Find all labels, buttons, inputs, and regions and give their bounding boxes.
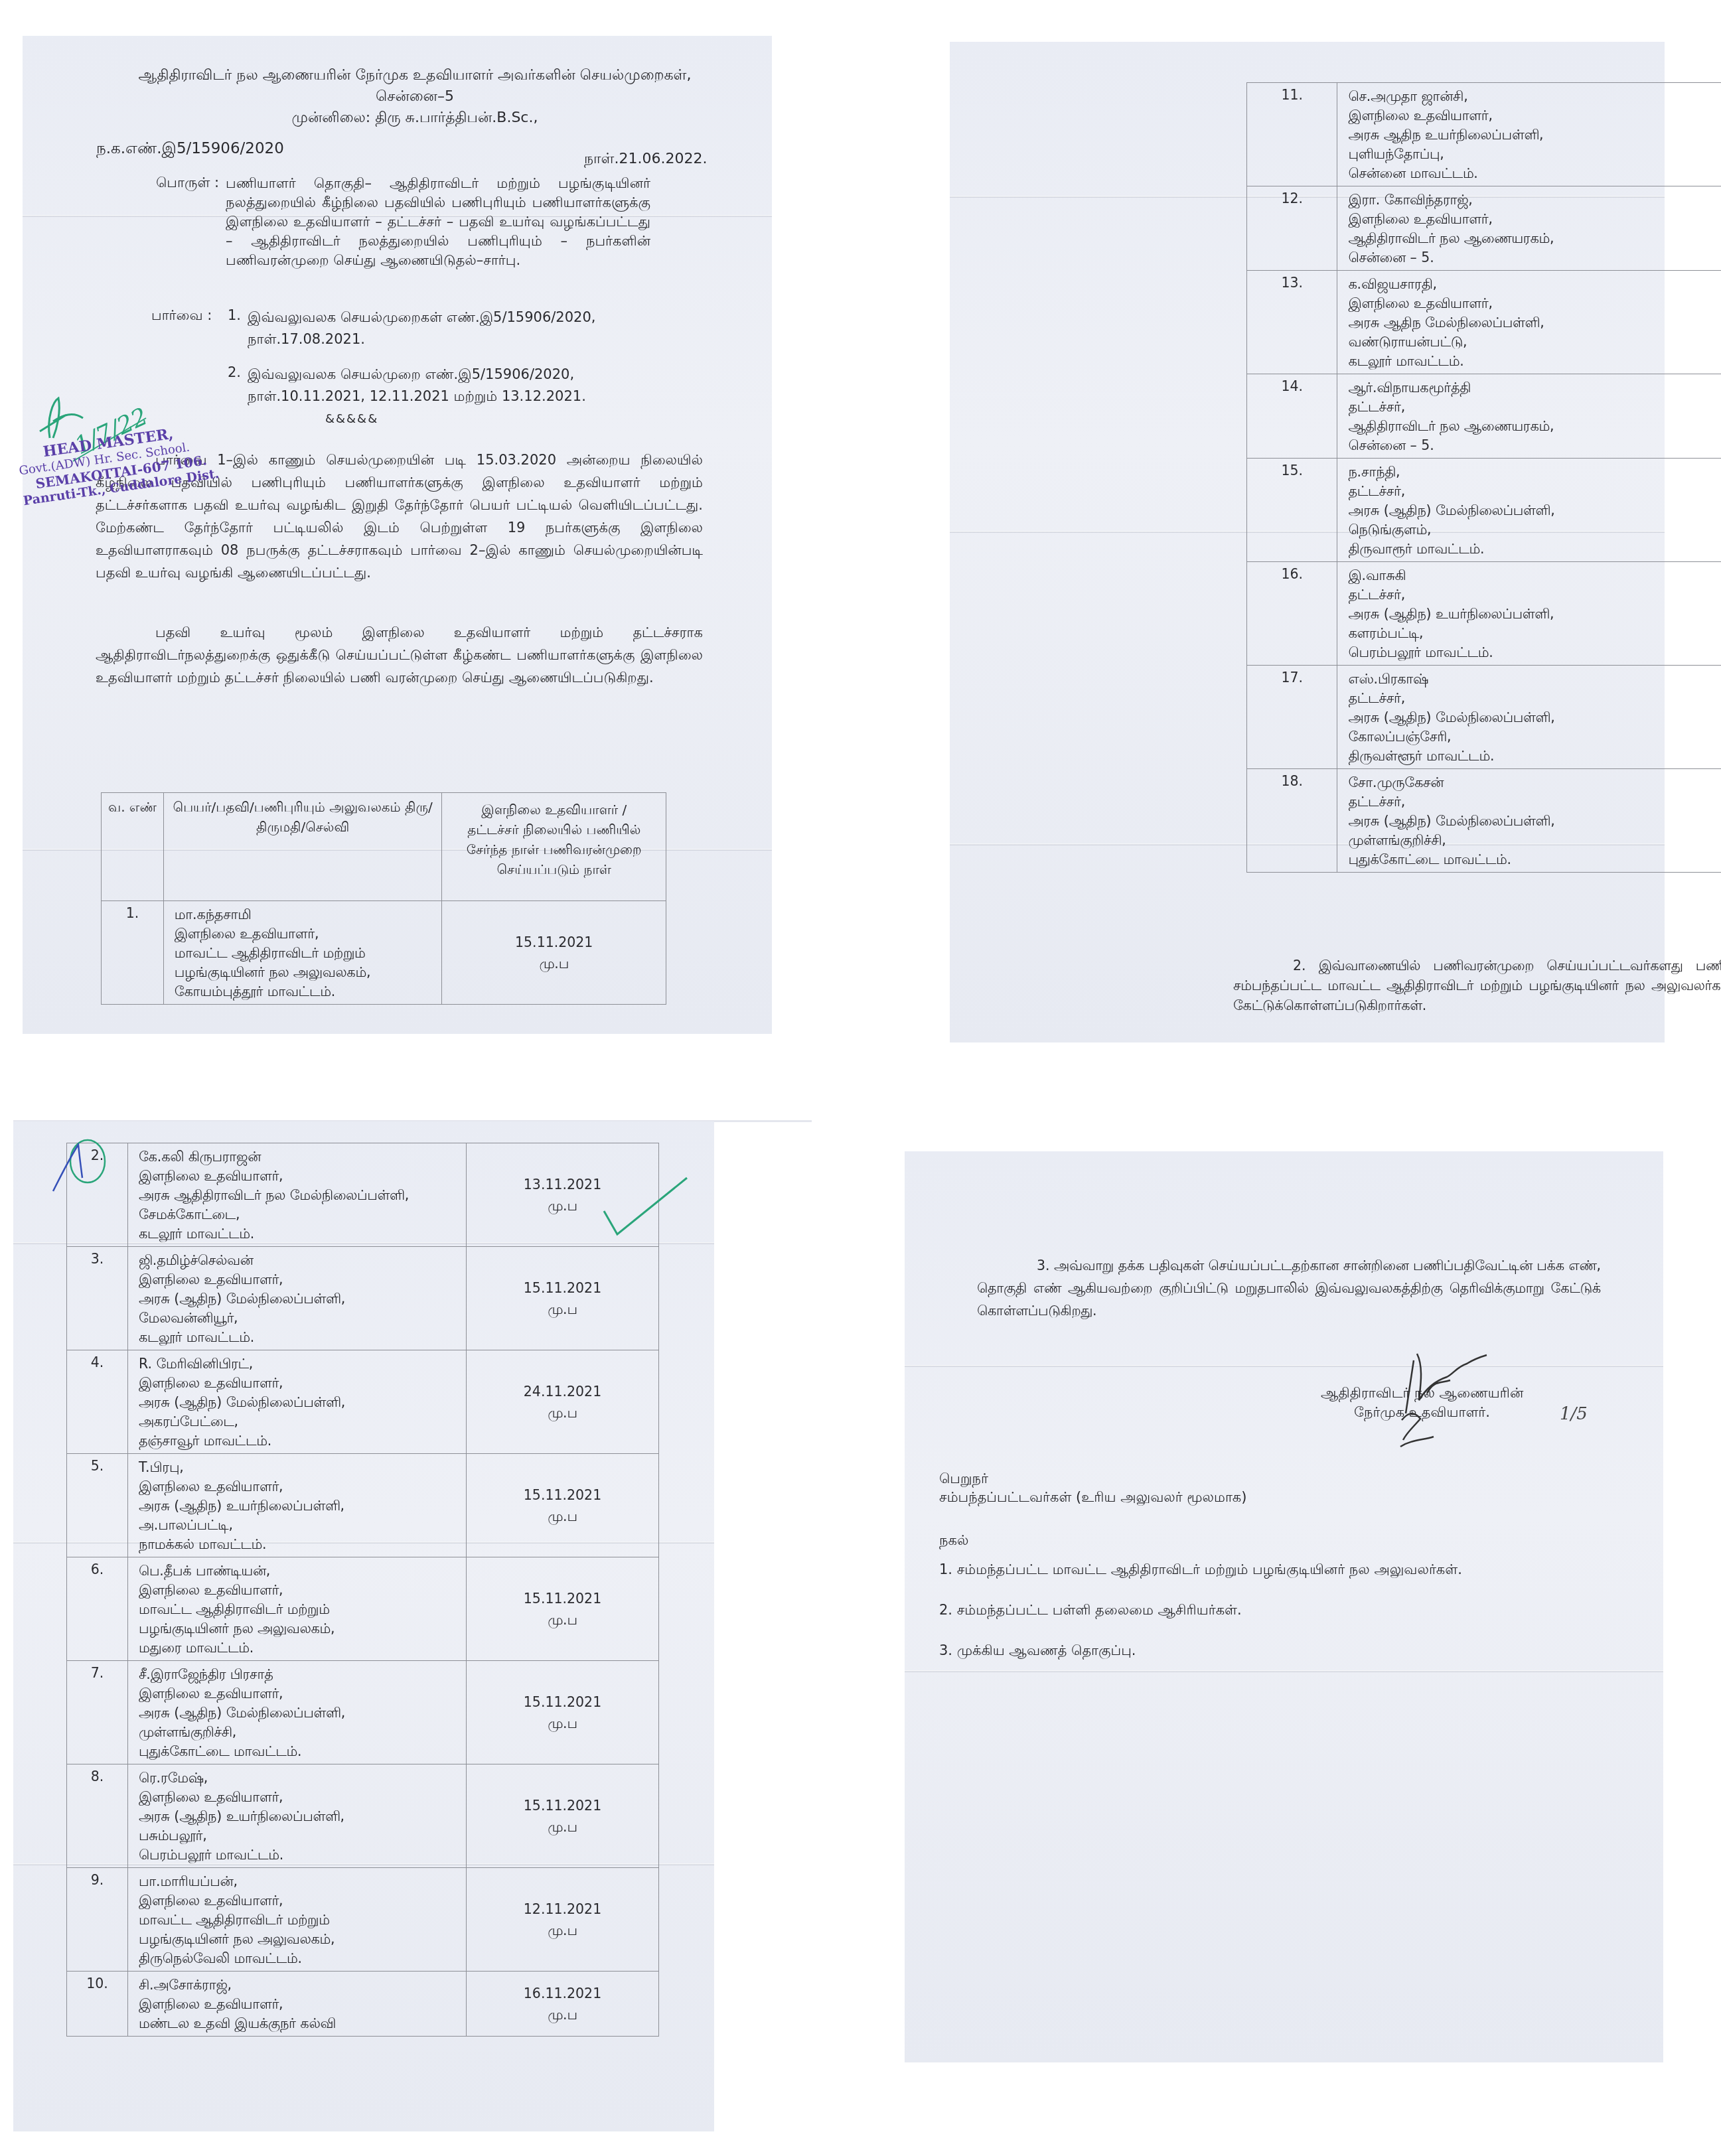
row-employee-details: T.பிரபு,இளநிலை உதவியாளர்,அரசு (ஆதிந) உயர… (128, 1454, 467, 1557)
table-row: 13.க.விஜயசாரதி,இளநிலை உதவியாளர்,அரசு ஆதி… (1247, 271, 1721, 374)
employee-detail-line: சென்னை – 5. (1348, 436, 1721, 455)
row-serial-number: 8. (67, 1764, 128, 1868)
office-city: சென்னை–5 (100, 88, 730, 107)
employee-detail-line: இளநிலை உதவியாளர், (139, 1684, 466, 1703)
employee-detail-line: இளநிலை உதவியாளர், (139, 1374, 466, 1393)
employee-detail-line: தஞ்சாவூர் மாவட்டம். (139, 1431, 466, 1451)
column-header-sno: வ. எண் (102, 793, 164, 901)
employee-detail-line: சென்னை மாவட்டம். (1348, 164, 1721, 183)
body-paragraph-2: பதவி உயர்வு மூலம் இளநிலை உதவியாளர் மற்று… (96, 621, 703, 689)
employee-detail-line: தட்டச்சர், (1348, 689, 1721, 708)
employee-detail-line: T.பிரபு, (139, 1458, 466, 1477)
employee-detail-line: மாவட்ட ஆதிதிராவிடர் மற்றும் (139, 1910, 466, 1930)
row-serial-number: 17. (1247, 666, 1337, 769)
employee-detail-line: ஆதிதிராவிடர் நல ஆணையரகம், (1348, 417, 1721, 436)
employee-detail-line: இளநிலை உதவியாளர், (139, 1270, 466, 1289)
reference-2-number: 2. (228, 364, 241, 382)
employee-detail-line: கோலப்பஞ்சேரி, (1348, 727, 1721, 747)
row-employee-details: மா.கந்தசாமிஇளநிலை உதவியாளர்,மாவட்ட ஆதிதி… (163, 901, 442, 1005)
employee-detail-line: கடலூர் மாவட்டம். (1348, 352, 1721, 371)
employee-detail-line: சி.அசோக்ராஜ், (139, 1976, 466, 1995)
paper-crease (905, 1365, 1663, 1367)
order-date: நாள்.21.06.2022. (584, 150, 707, 169)
row-serial-number: 12. (1247, 186, 1337, 271)
copy-item-1: 1. சம்மந்தப்பட்ட மாவட்ட ஆதிதிராவிடர் மற்… (939, 1561, 1462, 1579)
employee-detail-line: பழங்குடியினர் நல அலுவலகம், (139, 1619, 466, 1638)
row-employee-details: ந.சாந்தி,தட்டச்சர்,அரசு (ஆதிந) மேல்நிலைப… (1337, 459, 1721, 562)
table-row: 4.R. மேரிவினிபிரட்,இளநிலை உதவியாளர்,அரசு… (67, 1350, 659, 1454)
employee-detail-line: இளநிலை உதவியாளர், (1348, 294, 1721, 313)
employee-detail-line: கடலூர் மாவட்டம். (139, 1224, 466, 1244)
office-title: ஆதிதிராவிடர் நல ஆணையரின் நேர்முக உதவியாள… (100, 66, 730, 86)
table-row: 7.சீ.இராஜேந்திர பிரசாத்இளநிலை உதவியாளர்,… (67, 1661, 659, 1764)
employee-detail-line: மாவட்ட ஆதிதிராவிடர் மற்றும் (175, 944, 442, 963)
signatory-line-2: நேர்முக உதவியாளர். (1354, 1403, 1490, 1421)
session-forenoon: மு.ப (467, 1609, 658, 1630)
row-regularisation-date: 16.11.2021மு.ப (467, 1972, 659, 2037)
employee-detail-line: கோயம்புத்தூர் மாவட்டம். (175, 982, 442, 1001)
row-serial-number: 9. (67, 1868, 128, 1972)
copy-item-3: 3. முக்கிய ஆவணத் தொகுப்பு. (939, 1642, 1136, 1660)
employee-detail-line: தட்டச்சர், (1348, 397, 1721, 417)
signatory-line-1: ஆதிதிராவிடர் நல ஆணையரின் (1321, 1384, 1523, 1402)
employee-detail-line: அரசு ஆதிந மேல்நிலைப்பள்ளி, (1348, 313, 1721, 332)
instruction-paragraph-3: 3. அவ்வாறு தக்க பதிவுகள் செய்யப்பட்டதற்க… (977, 1254, 1601, 1322)
employee-detail-line: முள்ளங்குறிச்சி, (139, 1723, 466, 1742)
row-serial-number: 7. (67, 1661, 128, 1764)
employee-detail-line: சேமக்கோட்டை, (139, 1205, 466, 1224)
session-forenoon: மு.ப (467, 2004, 658, 2025)
reference-2-text: இவ்வலுவலக செயல்முறை எண்.இ5/15906/2020, ந… (248, 364, 659, 407)
row-employee-details: இ.வாசுகிதட்டச்சர்,அரசு (ஆதிந) உயர்நிலைப்… (1337, 562, 1721, 666)
row-regularisation-date: 15.11.2021மு.ப (467, 1557, 659, 1661)
employee-detail-line: பா.மாரியப்பன், (139, 1872, 466, 1891)
row-regularisation-date: 15.11.2021மு.ப (467, 1764, 659, 1868)
employee-detail-line: புதுக்கோட்டை மாவட்டம். (139, 1742, 466, 1761)
row-serial-number: 14. (1247, 374, 1337, 459)
employee-detail-line: ரெ.ரமேஷ், (139, 1768, 466, 1788)
employee-detail-line: அரசு (ஆதிந) மேல்நிலைப்பள்ளி, (1348, 501, 1721, 520)
row-employee-details: பா.மாரியப்பன்,இளநிலை உதவியாளர்,மாவட்ட ஆத… (128, 1868, 467, 1972)
table-row: 15.ந.சாந்தி,தட்டச்சர்,அரசு (ஆதிந) மேல்நி… (1247, 459, 1721, 562)
row-employee-details: பெ.தீபக் பாண்டியன்,இளநிலை உதவியாளர்,மாவட… (128, 1557, 467, 1661)
table-row: 3.ஜி.தமிழ்ச்செல்வன்இளநிலை உதவியாளர்,அரசு… (67, 1247, 659, 1350)
employee-detail-line: அரசு (ஆதிந) உயர்நிலைப்பள்ளி, (1348, 605, 1721, 624)
employee-detail-line: இ.வாசுகி (1348, 566, 1721, 585)
copy-label: நகல் (939, 1532, 968, 1549)
row-serial-number: 4. (67, 1350, 128, 1454)
employee-detail-line: இளநிலை உதவியாளர், (139, 1788, 466, 1807)
employee-detail-line: பசும்பலூர், (139, 1826, 466, 1845)
employee-detail-line: தட்டச்சர், (1348, 482, 1721, 501)
employee-detail-line: புளியந்தோப்பு, (1348, 145, 1721, 164)
employee-detail-line: இளநிலை உதவியாளர், (139, 1995, 466, 2014)
session-forenoon: மு.ப (442, 953, 666, 974)
table-row: 10.சி.அசோக்ராஜ்,இளநிலை உதவியாளர்,மண்டல உ… (67, 1972, 659, 2037)
row-employee-details: சீ.இராஜேந்திர பிரசாத்இளநிலை உதவியாளர்,அர… (128, 1661, 467, 1764)
session-forenoon: மு.ப (467, 1402, 658, 1423)
employee-detail-line: அரசு (ஆதிந) மேல்நிலைப்பள்ளி, (139, 1289, 466, 1309)
employee-detail-line: நெடுங்குளம், (1348, 520, 1721, 539)
joining-date: 12.11.2021 (467, 1899, 658, 1920)
row-serial-number: 11. (1247, 83, 1337, 186)
employee-detail-line: இளநிலை உதவியாளர், (139, 1891, 466, 1910)
employee-detail-line: பழங்குடியினர் நல அலுவலகம், (175, 963, 442, 982)
employee-detail-line: பெரம்பலூர் மாவட்டம். (139, 1845, 466, 1865)
subject-label: பொருள் : (156, 174, 219, 192)
session-forenoon: மு.ப (467, 1920, 658, 1941)
regularisation-table-page-1: வ. எண் பெயர்/பதவி/பணிபுரியும் அலுவலகம் த… (101, 792, 666, 1005)
row-regularisation-date: 15.11.2021மு.ப (467, 1247, 659, 1350)
row-serial-number: 5. (67, 1454, 128, 1557)
employee-detail-line: R. மேரிவினிபிரட், (139, 1354, 466, 1374)
employee-detail-line: செ.அமுதா ஜான்சி, (1348, 87, 1721, 106)
employee-detail-line: தட்டச்சர், (1348, 585, 1721, 605)
joining-date: 16.11.2021 (467, 1983, 658, 2004)
table-row: 17.எஸ்.பிரகாஷ்தட்டச்சர்,அரசு (ஆதிந) மேல்… (1247, 666, 1721, 769)
column-header-date: இளநிலை உதவியாளர் / தட்டச்சர் நிலையில் பண… (442, 793, 666, 901)
row-regularisation-date: 15.11.2021மு.ப (467, 1454, 659, 1557)
table-row: 6.பெ.தீபக் பாண்டியன்,இளநிலை உதவியாளர்,மா… (67, 1557, 659, 1661)
row-employee-details: R. மேரிவினிபிரட்,இளநிலை உதவியாளர்,அரசு (… (128, 1350, 467, 1454)
row-employee-details: கே.கலி கிருபராஜன்இளநிலை உதவியாளர்,அரசு ஆ… (128, 1143, 467, 1247)
employee-detail-line: புதுக்கோட்டை மாவட்டம். (1348, 850, 1721, 869)
employee-detail-line: அ.பாலப்பட்டி, (139, 1516, 466, 1535)
row-serial-number: 13. (1247, 271, 1337, 374)
recipient-label: பெறுநர் (939, 1470, 988, 1488)
regularisation-table-page-3: 2.கே.கலி கிருபராஜன்இளநிலை உதவியாளர்,அரசு… (66, 1143, 659, 2037)
row-employee-details: ரெ.ரமேஷ்,இளநிலை உதவியாளர்,அரசு (ஆதிந) உய… (128, 1764, 467, 1868)
employee-detail-line: சென்னை – 5. (1348, 248, 1721, 267)
employee-detail-line: ஆர்.விநாயகமூர்த்தி (1348, 378, 1721, 397)
table-row: 2.கே.கலி கிருபராஜன்இளநிலை உதவியாளர்,அரசு… (67, 1143, 659, 1247)
employee-detail-line: இளநிலை உதவியாளர், (139, 1167, 466, 1186)
row-regularisation-date: 15.11.2021மு.ப (467, 1661, 659, 1764)
copy-item-2: 2. சம்மந்தப்பட்ட பள்ளி தலைமை ஆசிரியர்கள்… (939, 1601, 1242, 1619)
employee-detail-line: நாமக்கல் மாவட்டம். (139, 1535, 466, 1554)
circle-mark-icon (46, 1131, 119, 1204)
employee-detail-line: ந.சாந்தி, (1348, 463, 1721, 482)
session-forenoon: மு.ப (467, 1299, 658, 1320)
employee-detail-line: திருவாரூர் மாவட்டம். (1348, 539, 1721, 559)
handwritten-fraction: 1/5 (1560, 1403, 1588, 1426)
row-serial-number: 1. (102, 901, 164, 1005)
employee-detail-line: அரசு ஆதிதிராவிடர் நல மேல்நிலைப்பள்ளி, (139, 1186, 466, 1205)
employee-detail-line: திருநெல்வேலி மாவட்டம். (139, 1949, 466, 1968)
row-serial-number: 16. (1247, 562, 1337, 666)
employee-detail-line: மாவட்ட ஆதிதிராவிடர் மற்றும் (139, 1600, 466, 1619)
table-row: 16.இ.வாசுகிதட்டச்சர்,அரசு (ஆதிந) உயர்நில… (1247, 562, 1721, 666)
row-employee-details: ஆர்.விநாயகமூர்த்திதட்டச்சர்,ஆதிதிராவிடர்… (1337, 374, 1721, 459)
employee-detail-line: சோ.முருகேசன் (1348, 773, 1721, 792)
section-separator: &&&&& (325, 411, 378, 427)
row-serial-number: 10. (67, 1972, 128, 2037)
table-row: 18.சோ.முருகேசன்தட்டச்சர்,அரசு (ஆதிந) மேல… (1247, 769, 1721, 873)
employee-detail-line: கே.கலி கிருபராஜன் (139, 1147, 466, 1167)
employee-detail-line: அரசு (ஆதிந) உயர்நிலைப்பள்ளி, (139, 1807, 466, 1826)
joining-date: 15.11.2021 (467, 1588, 658, 1609)
employee-detail-line: பழங்குடியினர் நல அலுவலகம், (139, 1930, 466, 1949)
employee-detail-line: முள்ளங்குறிச்சி, (1348, 831, 1721, 850)
session-forenoon: மு.ப (467, 1816, 658, 1837)
employee-detail-line: கடலூர் மாவட்டம். (139, 1328, 466, 1347)
employee-detail-line: அரசு (ஆதிந) மேல்நிலைப்பள்ளி, (139, 1703, 466, 1723)
joining-date: 15.11.2021 (467, 1484, 658, 1506)
employee-detail-line: இளநிலை உதவியாளர், (1348, 210, 1721, 229)
employee-detail-line: சீ.இராஜேந்திர பிரசாத் (139, 1665, 466, 1684)
presiding-officer: முன்னிலை: திரு சு.பார்த்திபன்.B.Sc., (100, 109, 730, 128)
employee-detail-line: மா.கந்தசாமி (175, 905, 442, 924)
column-header-details: பெயர்/பதவி/பணிபுரியும் அலுவலகம் திரு/திர… (163, 793, 442, 901)
employee-detail-line: பெரம்பலூர் மாவட்டம். (1348, 643, 1721, 662)
reference-number: ந.க.எண்.இ5/15906/2020 (96, 139, 284, 159)
row-serial-number: 15. (1247, 459, 1337, 562)
table-row: 9.பா.மாரியப்பன்,இளநிலை உதவியாளர்,மாவட்ட … (67, 1868, 659, 1972)
employee-detail-line: அரசு (ஆதிந) மேல்நிலைப்பள்ளி, (1348, 812, 1721, 831)
employee-detail-line: ஆதிதிராவிடர் நல ஆணையரகம், (1348, 229, 1721, 248)
regularisation-table-page-2: 11.செ.அமுதா ஜான்சி,இளநிலை உதவியாளர்,அரசு… (1246, 82, 1721, 873)
row-regularisation-date: 15.11.2021மு.ப (442, 901, 666, 1005)
checkmark-icon (601, 1175, 694, 1241)
employee-detail-line: மேலவன்னியூர், (139, 1309, 466, 1328)
row-employee-details: செ.அமுதா ஜான்சி,இளநிலை உதவியாளர்,அரசு ஆத… (1337, 83, 1721, 186)
reference-1-text: இவ்வலுவலக செயல்முறைகள் எண்.இ5/15906/2020… (248, 307, 649, 350)
row-employee-details: ஜி.தமிழ்ச்செல்வன்இளநிலை உதவியாளர்,அரசு (… (128, 1247, 467, 1350)
recipient-text: சம்பந்தப்பட்டவர்கள் (உரிய அலுவலர் மூலமாக… (939, 1488, 1247, 1506)
joining-date: 15.11.2021 (467, 1691, 658, 1713)
joining-date: 15.11.2021 (442, 932, 666, 953)
employee-detail-line: தட்டச்சர், (1348, 792, 1721, 812)
employee-detail-line: பெ.தீபக் பாண்டியன், (139, 1561, 466, 1581)
table-row: 11.செ.அமுதா ஜான்சி,இளநிலை உதவியாளர்,அரசு… (1247, 83, 1721, 186)
row-employee-details: இரா. கோவிந்தராஜ்,இளநிலை உதவியாளர்,ஆதிதிர… (1337, 186, 1721, 271)
employee-detail-line: மதுரை மாவட்டம். (139, 1638, 466, 1658)
row-regularisation-date: 24.11.2021மு.ப (467, 1350, 659, 1454)
joining-date: 24.11.2021 (467, 1381, 658, 1402)
reference-label: பார்வை : (151, 307, 212, 324)
table-row: 5.T.பிரபு,இளநிலை உதவியாளர்,அரசு (ஆதிந) உ… (67, 1454, 659, 1557)
employee-detail-line: இளநிலை உதவியாளர், (175, 924, 442, 944)
row-employee-details: க.விஜயசாரதி,இளநிலை உதவியாளர்,அரசு ஆதிந ம… (1337, 271, 1721, 374)
employee-detail-line: இளநிலை உதவியாளர், (139, 1581, 466, 1600)
session-forenoon: மு.ப (467, 1713, 658, 1734)
employee-detail-line: க.விஜயசாரதி, (1348, 275, 1721, 294)
employee-detail-line: இளநிலை உதவியாளர், (139, 1477, 466, 1496)
row-serial-number: 3. (67, 1247, 128, 1350)
row-employee-details: சோ.முருகேசன்தட்டச்சர்,அரசு (ஆதிந) மேல்நி… (1337, 769, 1721, 873)
employee-detail-line: ஜி.தமிழ்ச்செல்வன் (139, 1251, 466, 1270)
employee-detail-line: வண்டுராயன்பட்டு, (1348, 332, 1721, 352)
subject-text: பணியாளர் தொகுதி– ஆதிதிராவிடர் மற்றும் பழ… (226, 174, 650, 270)
row-serial-number: 6. (67, 1557, 128, 1661)
row-employee-details: சி.அசோக்ராஜ்,இளநிலை உதவியாளர்,மண்டல உதவி… (128, 1972, 467, 2037)
row-regularisation-date: 12.11.2021மு.ப (467, 1868, 659, 1972)
employee-detail-line: அரசு (ஆதிந) மேல்நிலைப்பள்ளி, (1348, 708, 1721, 727)
table-row: 8.ரெ.ரமேஷ்,இளநிலை உதவியாளர்,அரசு (ஆதிந) … (67, 1764, 659, 1868)
employee-detail-line: திருவள்ளூர் மாவட்டம். (1348, 747, 1721, 766)
table-row: 12.இரா. கோவிந்தராஜ்,இளநிலை உதவியாளர்,ஆதி… (1247, 186, 1721, 271)
employee-detail-line: அரசு (ஆதிந) உயர்நிலைப்பள்ளி, (139, 1496, 466, 1516)
reference-1-number: 1. (228, 307, 241, 324)
joining-date: 15.11.2021 (467, 1277, 658, 1299)
paper-crease (905, 1670, 1663, 1672)
employee-detail-line: இரா. கோவிந்தராஜ், (1348, 190, 1721, 210)
employee-detail-line: இளநிலை உதவியாளர், (1348, 106, 1721, 125)
employee-detail-line: எஸ்.பிரகாஷ் (1348, 670, 1721, 689)
table-row: 1.மா.கந்தசாமிஇளநிலை உதவியாளர்,மாவட்ட ஆதி… (102, 901, 666, 1005)
instruction-paragraph-2: 2. இவ்வாணையில் பணிவரன்முறை செய்யப்பட்டவர… (1233, 956, 1721, 1015)
employee-detail-line: அரசு ஆதிந உயர்நிலைப்பள்ளி, (1348, 125, 1721, 145)
employee-detail-line: களரம்பட்டி, (1348, 624, 1721, 643)
row-employee-details: எஸ்.பிரகாஷ்தட்டச்சர்,அரசு (ஆதிந) மேல்நில… (1337, 666, 1721, 769)
employee-detail-line: மண்டல உதவி இயக்குநர் கல்வி (139, 2014, 466, 2033)
joining-date: 15.11.2021 (467, 1795, 658, 1816)
employee-detail-line: அரசு (ஆதிந) மேல்நிலைப்பள்ளி, (139, 1393, 466, 1412)
employee-detail-line: அகரப்பேட்டை, (139, 1412, 466, 1431)
row-serial-number: 18. (1247, 769, 1337, 873)
session-forenoon: மு.ப (467, 1506, 658, 1527)
table-row: 14.ஆர்.விநாயகமூர்த்திதட்டச்சர்,ஆதிதிராவி… (1247, 374, 1721, 459)
